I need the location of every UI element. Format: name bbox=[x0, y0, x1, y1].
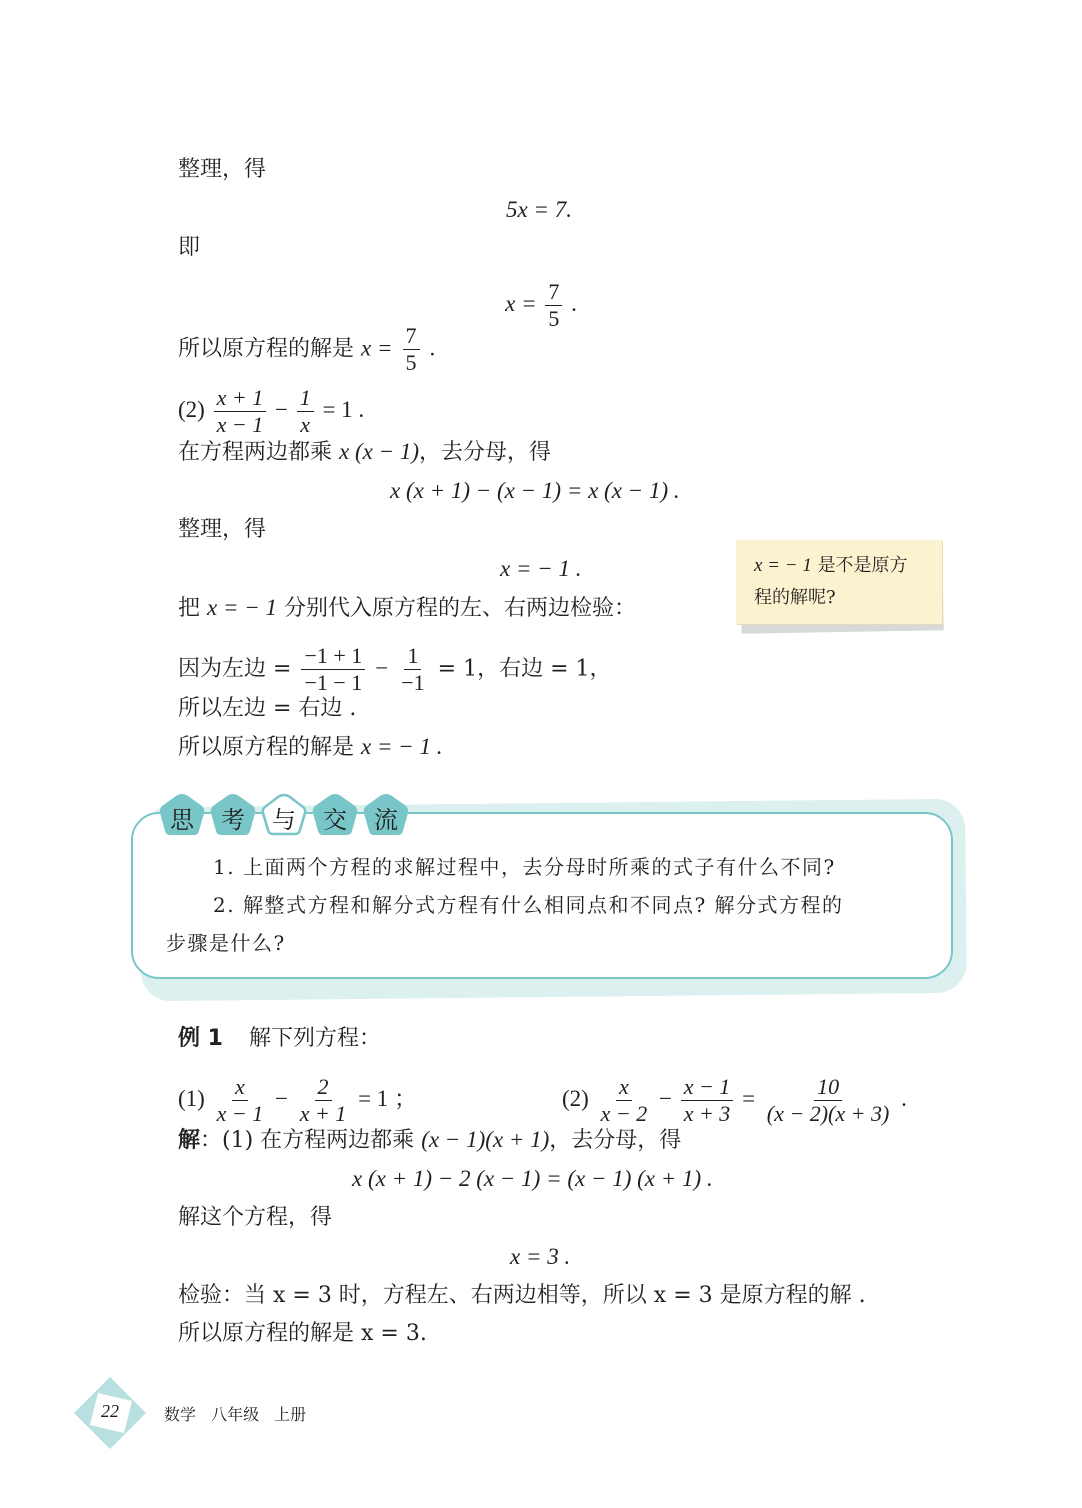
fraction-x-over-x-1: xx − 1 bbox=[214, 1075, 267, 1126]
badge-think: 思 bbox=[158, 792, 206, 838]
text-left-side-check: 因为左边 = −1 + 1−1 − 1 − 1−1 = 1，右边 = 1， bbox=[178, 644, 612, 695]
solution-equation-cleared: x (x + 1) − 2 (x − 1) = (x − 1) (x + 1) … bbox=[352, 1165, 713, 1193]
fraction-check-2: 1−1 bbox=[398, 644, 427, 695]
solution-step-1: 解：(1) 在方程两边都乘 (x − 1)(x + 1)，去分母，得 bbox=[178, 1126, 681, 1155]
example-label: 例 1 bbox=[178, 1026, 223, 1051]
fraction-x-1-over-x3: x − 1x + 3 bbox=[681, 1075, 734, 1126]
footer-book-title: 数学 八年级 上册 bbox=[164, 1402, 306, 1425]
solution-check: 检验：当 x = 3 时，方程左、右两边相等，所以 x = 3 是原方程的解 . bbox=[178, 1282, 866, 1310]
equation-part2: (2) x + 1x − 1 − 1x = 1 . bbox=[178, 386, 364, 437]
text-substitute-check: 把 x = − 1 分别代入原方程的左、右两边检验： bbox=[178, 594, 636, 623]
fraction-2-over-x1: 2x + 1 bbox=[297, 1075, 350, 1126]
solution-label: 解 bbox=[178, 1128, 200, 1153]
discussion-question-1: 1. 上面两个方程的求解过程中，去分母时所乘的式子有什么不同? bbox=[213, 853, 836, 881]
discussion-question-2: 2. 解整式方程和解分式方程有什么相同点和不同点? 解分式方程的 bbox=[213, 891, 844, 919]
badge-and: 与 bbox=[260, 792, 308, 838]
text-simplify-2: 整理，得 bbox=[178, 516, 266, 544]
badge-exchange: 交 bbox=[311, 792, 359, 838]
example-1-problem-1: (1) xx − 1 − 2x + 1 = 1 ； bbox=[178, 1075, 417, 1126]
text-simplify: 整理，得 bbox=[178, 156, 266, 184]
discussion-question-2-cont: 步骤是什么? bbox=[166, 929, 286, 957]
fraction-7-5: 75 bbox=[403, 324, 420, 375]
text-left-eq-right: 所以左边 = 右边 . bbox=[178, 695, 356, 723]
solution-conclusion: 所以原方程的解是 x = 3. bbox=[178, 1320, 427, 1348]
text-solution-2: 所以原方程的解是 x = − 1 . bbox=[178, 733, 443, 762]
example-1-problem-2: (2) xx − 2 − x − 1x + 3 = 10(x − 2)(x + … bbox=[562, 1075, 907, 1126]
equation-x-eq-7-5: x = 75 . bbox=[0, 280, 1082, 331]
example-1-heading: 例 1 解下列方程： bbox=[178, 1025, 381, 1053]
eq-lhs: x = bbox=[505, 291, 536, 316]
text-ie: 即 bbox=[178, 234, 200, 262]
sticky-note-text: x = − 1 是不是原方 程的解呢? bbox=[754, 550, 908, 614]
equation-x-eq-neg1: x = − 1 . bbox=[500, 555, 582, 583]
fraction-7-5: 75 bbox=[545, 280, 562, 331]
solution-step-2: 解这个方程，得 bbox=[178, 1204, 332, 1232]
equation-5x-eq-7: 5x = 7. bbox=[0, 196, 1080, 224]
fraction-10-over-product: 10(x − 2)(x + 3) bbox=[764, 1075, 893, 1126]
badge-consider: 考 bbox=[209, 792, 257, 838]
fraction-1-over-x: 1x bbox=[297, 386, 314, 437]
fraction-x1-over-x-1: x + 1x − 1 bbox=[214, 386, 267, 437]
solution-x-eq-3: x = 3 . bbox=[510, 1243, 570, 1271]
fraction-check-1: −1 + 1−1 − 1 bbox=[301, 644, 365, 695]
equation-cleared: x (x + 1) − (x − 1) = x (x − 1) . bbox=[390, 477, 680, 505]
badge-flow: 流 bbox=[362, 792, 410, 838]
text-multiply-both-sides: 在方程两边都乘 x (x − 1)，去分母，得 bbox=[178, 438, 551, 467]
text-solution-1: 所以原方程的解是 x = 75 . bbox=[178, 324, 435, 375]
page-number: 22 bbox=[97, 1401, 123, 1422]
fraction-x-over-x-2: xx − 2 bbox=[598, 1075, 651, 1126]
